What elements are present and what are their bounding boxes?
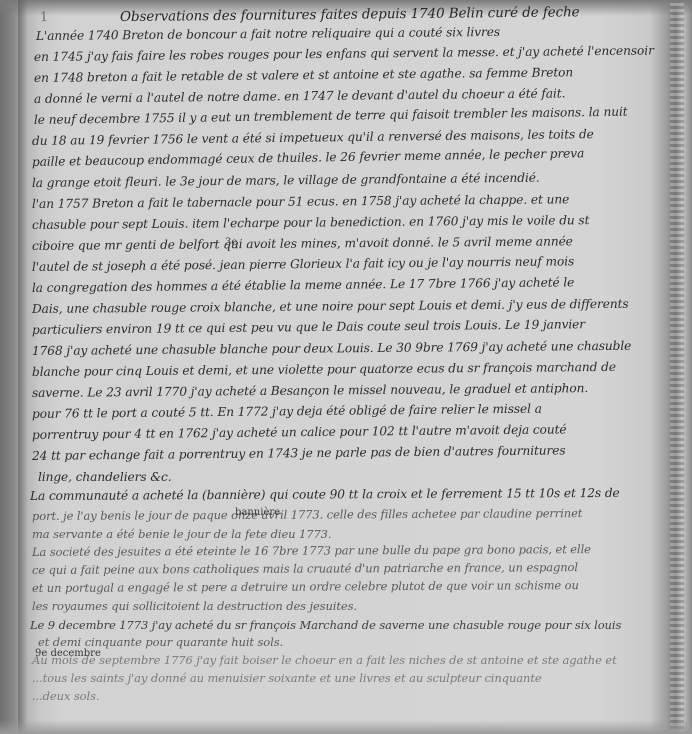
manuscript-line: les royaumes qui sollicitoient la destru…: [30, 599, 670, 618]
page-bottom-shadow: [0, 720, 692, 734]
manuscript-line: et demi cinquante pour quarante huit sol…: [30, 635, 670, 653]
manuscript-line: ...deux sols.: [30, 689, 670, 707]
page-edges: [670, 0, 684, 734]
manuscript-line: et un portugal a engagé le st pere a det…: [30, 578, 670, 599]
interlinear-note: 3e: [225, 237, 237, 248]
manuscript-scan: 1 Observations des fournitures faites de…: [0, 0, 692, 734]
interlinear-note: 9e decembre: [35, 648, 101, 659]
manuscript-line: port. je l'ay benis le jour de paque onz…: [30, 506, 670, 527]
manuscript-line: Le 9 decembre 1773 j'ay acheté du sr fra…: [30, 618, 670, 635]
manuscript-text: Observations des fournitures faites depu…: [30, 10, 670, 707]
interlinear-note: bannière: [235, 507, 280, 518]
manuscript-line: ...tous les saints j'ay donné au menuisi…: [30, 671, 670, 689]
manuscript-line: Au mois de septembre 1776 j'ay fait bois…: [30, 653, 670, 671]
binding-shadow: [18, 0, 28, 734]
